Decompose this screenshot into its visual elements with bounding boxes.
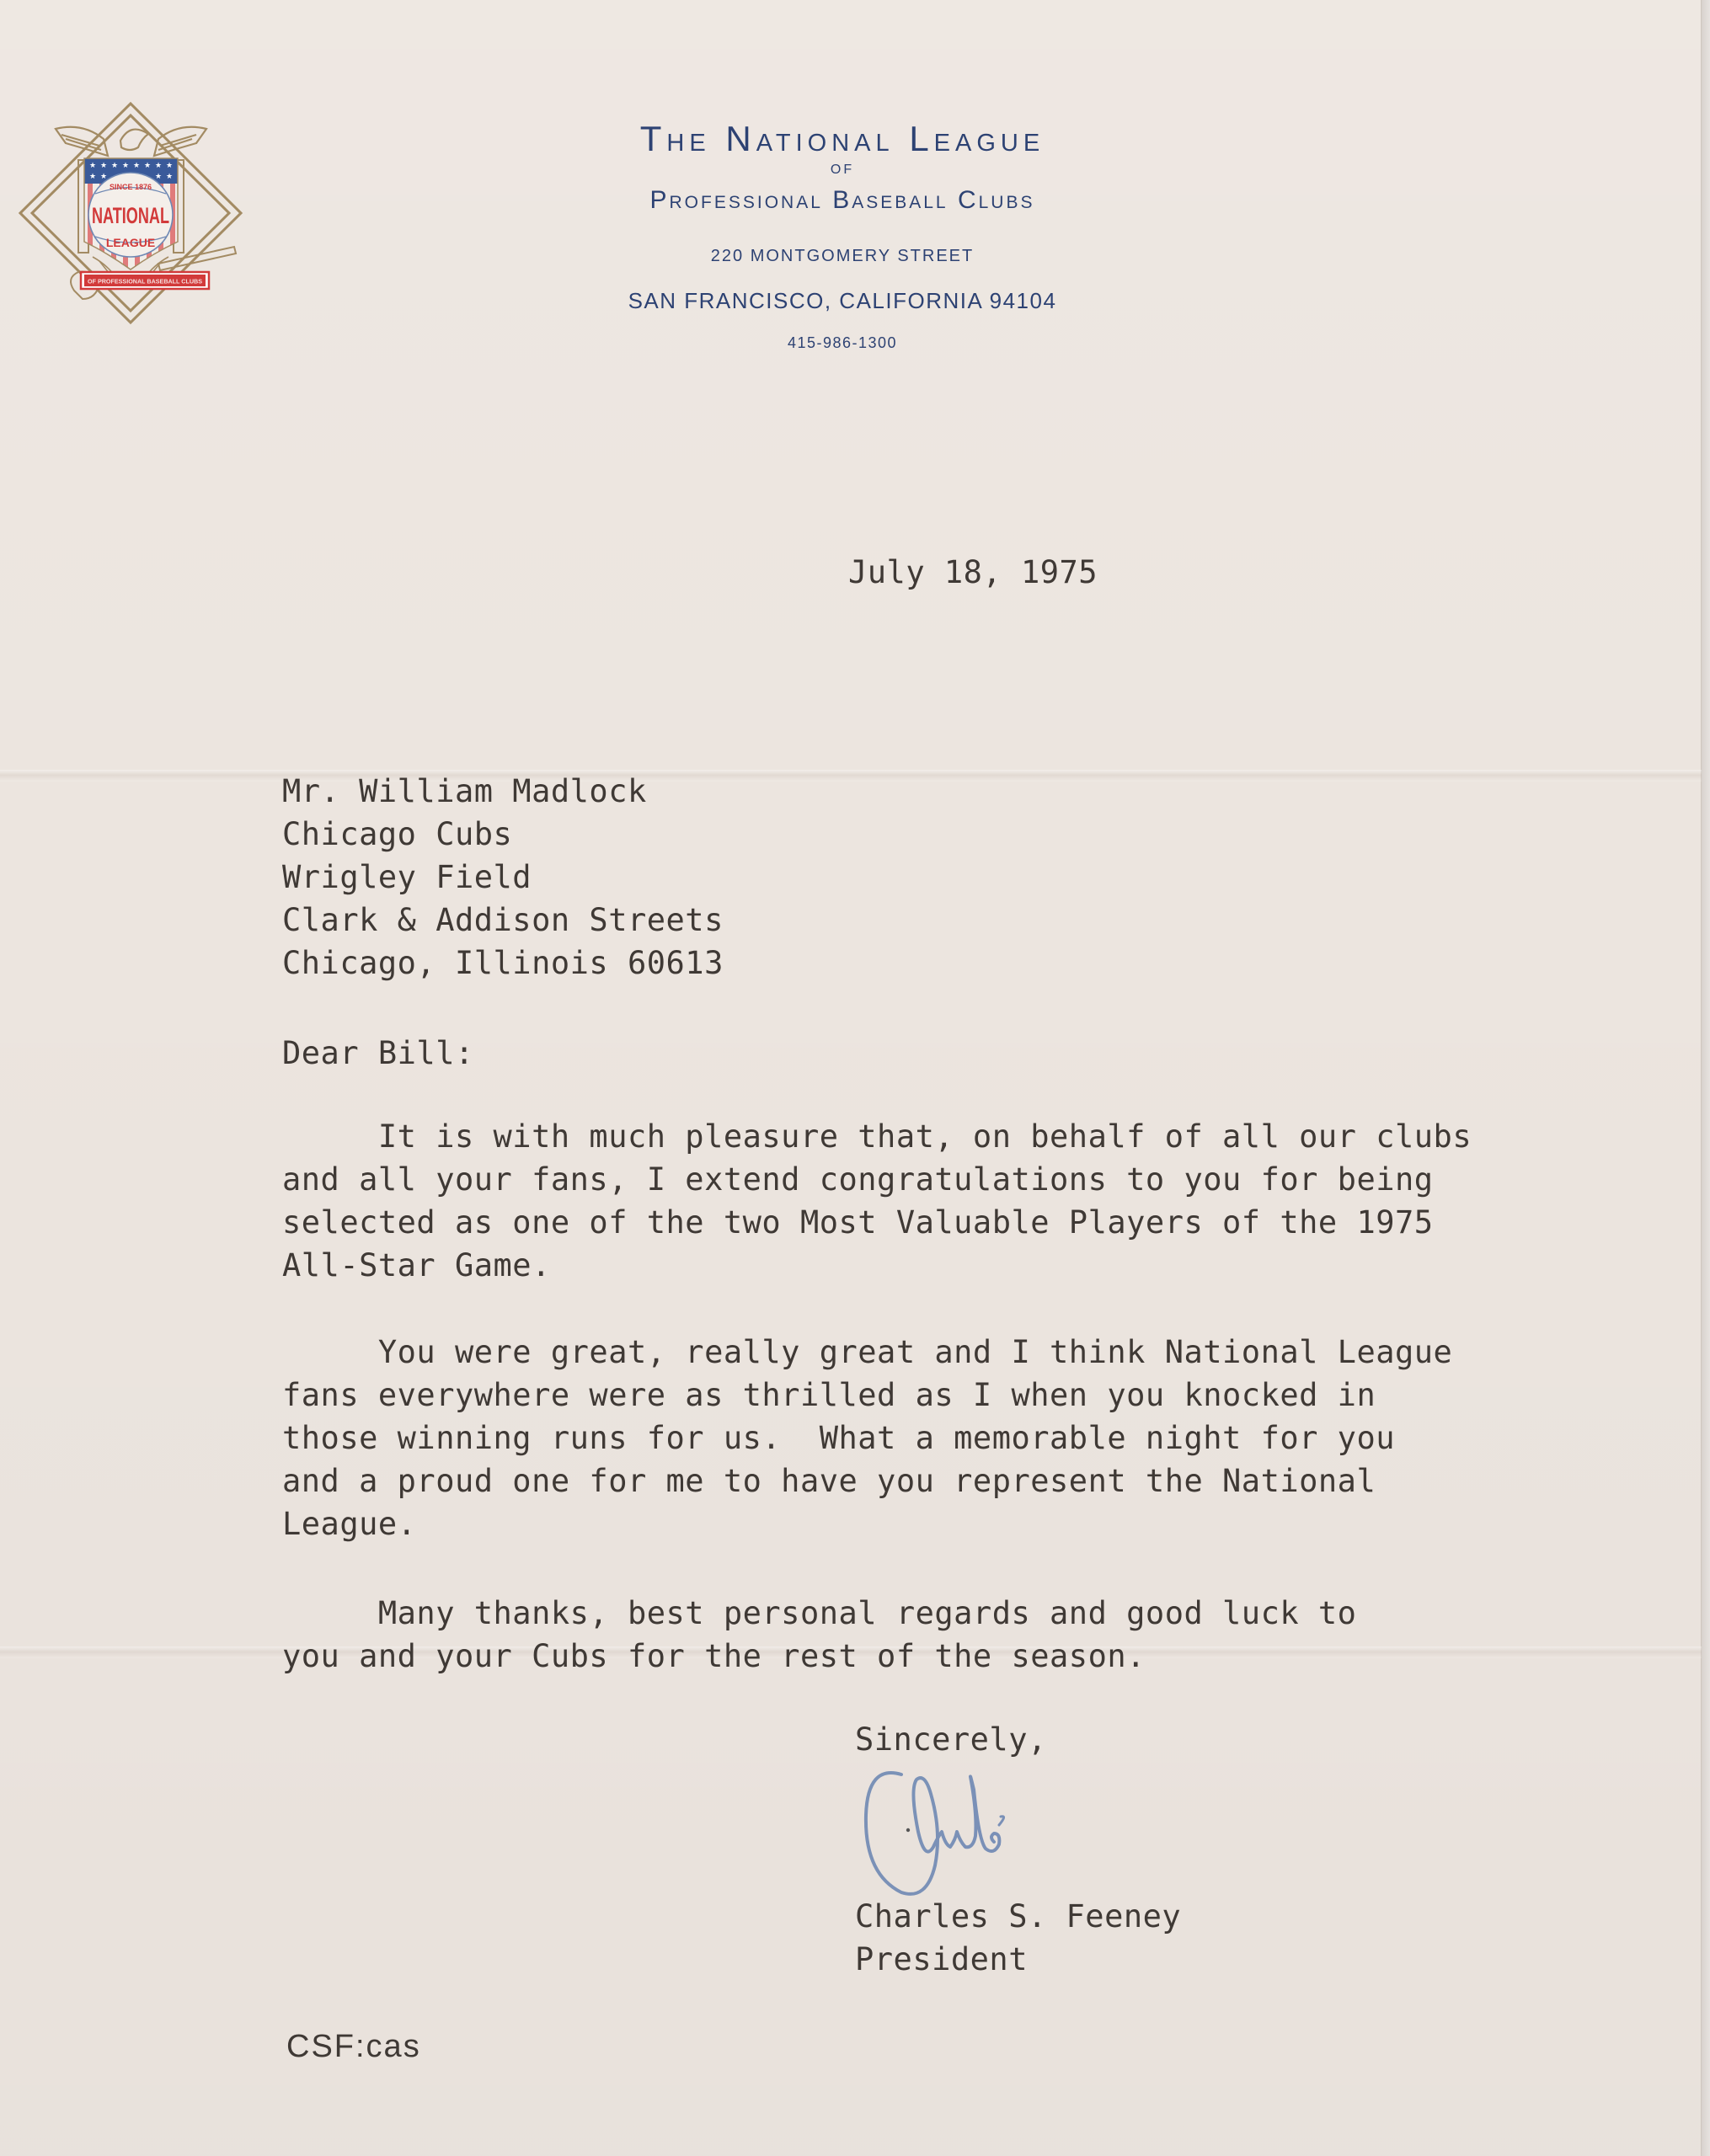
closing: Sincerely, bbox=[855, 1718, 1047, 1761]
national-league-logo-icon: ★★★ ★★★ ★★ ★★ ★★ SINCE 1876 NATIONAL LEA… bbox=[15, 97, 247, 328]
svg-text:★: ★ bbox=[89, 162, 96, 170]
salutation: Dear Bill: bbox=[282, 1032, 474, 1075]
organization-name-connector: OF bbox=[472, 162, 1213, 179]
reference-initials: CSF:cas bbox=[286, 2025, 421, 2068]
recipient-name: Mr. William Madlock bbox=[282, 773, 647, 809]
body-paragraph: It is with much pleasure that, on behalf… bbox=[282, 1115, 1529, 1287]
recipient-venue: Wrigley Field bbox=[282, 859, 532, 895]
paragraph-line: selected as one of the two Most Valuable… bbox=[282, 1201, 1529, 1244]
svg-text:★: ★ bbox=[133, 162, 140, 170]
letterhead-street: 220 MONTGOMERY STREET bbox=[472, 246, 1213, 266]
fold-crease bbox=[0, 770, 1702, 782]
letterhead: The National League OF Professional Base… bbox=[472, 118, 1213, 352]
svg-text:OF PROFESSIONAL BASEBALL CLUBS: OF PROFESSIONAL BASEBALL CLUBS bbox=[88, 278, 202, 286]
paragraph-line: those winning runs for us. What a memora… bbox=[282, 1417, 1529, 1460]
recipient-organization: Chicago Cubs bbox=[282, 816, 512, 852]
svg-text:LEAGUE: LEAGUE bbox=[106, 236, 155, 249]
recipient-city: Chicago, Illinois 60613 bbox=[282, 945, 724, 981]
svg-text:★: ★ bbox=[100, 162, 107, 170]
svg-text:★: ★ bbox=[166, 162, 173, 170]
svg-text:★: ★ bbox=[166, 173, 173, 181]
letterhead-city: SAN FRANCISCO, CALIFORNIA 94104 bbox=[472, 288, 1213, 313]
paragraph-line: and all your fans, I extend congratulati… bbox=[282, 1158, 1529, 1201]
svg-text:NATIONAL: NATIONAL bbox=[92, 203, 169, 228]
svg-text:★: ★ bbox=[155, 162, 162, 170]
recipient-street: Clark & Addison Streets bbox=[282, 902, 724, 938]
svg-text:★: ★ bbox=[89, 173, 96, 181]
paragraph-line: League. bbox=[282, 1502, 1529, 1545]
svg-text:★: ★ bbox=[122, 162, 129, 170]
paragraph-line: fans everywhere were as thrilled as I wh… bbox=[282, 1374, 1529, 1417]
paragraph-line: and a proud one for me to have you repre… bbox=[282, 1460, 1529, 1502]
body-paragraph: Many thanks, best personal regards and g… bbox=[282, 1592, 1529, 1678]
letterhead-phone: 415-986-1300 bbox=[472, 334, 1213, 352]
handwritten-signature-icon bbox=[851, 1756, 1103, 1908]
paragraph-line: It is with much pleasure that, on behalf… bbox=[282, 1115, 1529, 1158]
scan-edge bbox=[1701, 0, 1710, 2156]
body-paragraph: You were great, really great and I think… bbox=[282, 1331, 1529, 1545]
organization-subtitle: Professional Baseball Clubs bbox=[472, 184, 1213, 217]
svg-text:SINCE 1876: SINCE 1876 bbox=[110, 183, 152, 191]
paragraph-line: You were great, really great and I think… bbox=[282, 1331, 1529, 1374]
paragraph-line: All-Star Game. bbox=[282, 1244, 1529, 1287]
organization-name: The National League bbox=[472, 118, 1213, 160]
svg-text:★: ★ bbox=[155, 173, 162, 181]
letter-date: July 18, 1975 bbox=[848, 551, 1098, 594]
recipient-address: Mr. William Madlock Chicago Cubs Wrigley… bbox=[282, 770, 724, 985]
svg-text:★: ★ bbox=[111, 162, 118, 170]
signer-title: President bbox=[855, 1941, 1028, 1977]
paragraph-line: you and your Cubs for the rest of the se… bbox=[282, 1635, 1529, 1678]
signer-block: Charles S. Feeney President bbox=[855, 1895, 1181, 1981]
svg-text:★: ★ bbox=[144, 162, 151, 170]
letter-page: ★★★ ★★★ ★★ ★★ ★★ SINCE 1876 NATIONAL LEA… bbox=[0, 0, 1710, 2156]
paragraph-line: Many thanks, best personal regards and g… bbox=[282, 1592, 1529, 1635]
signer-name: Charles S. Feeney bbox=[855, 1898, 1181, 1935]
